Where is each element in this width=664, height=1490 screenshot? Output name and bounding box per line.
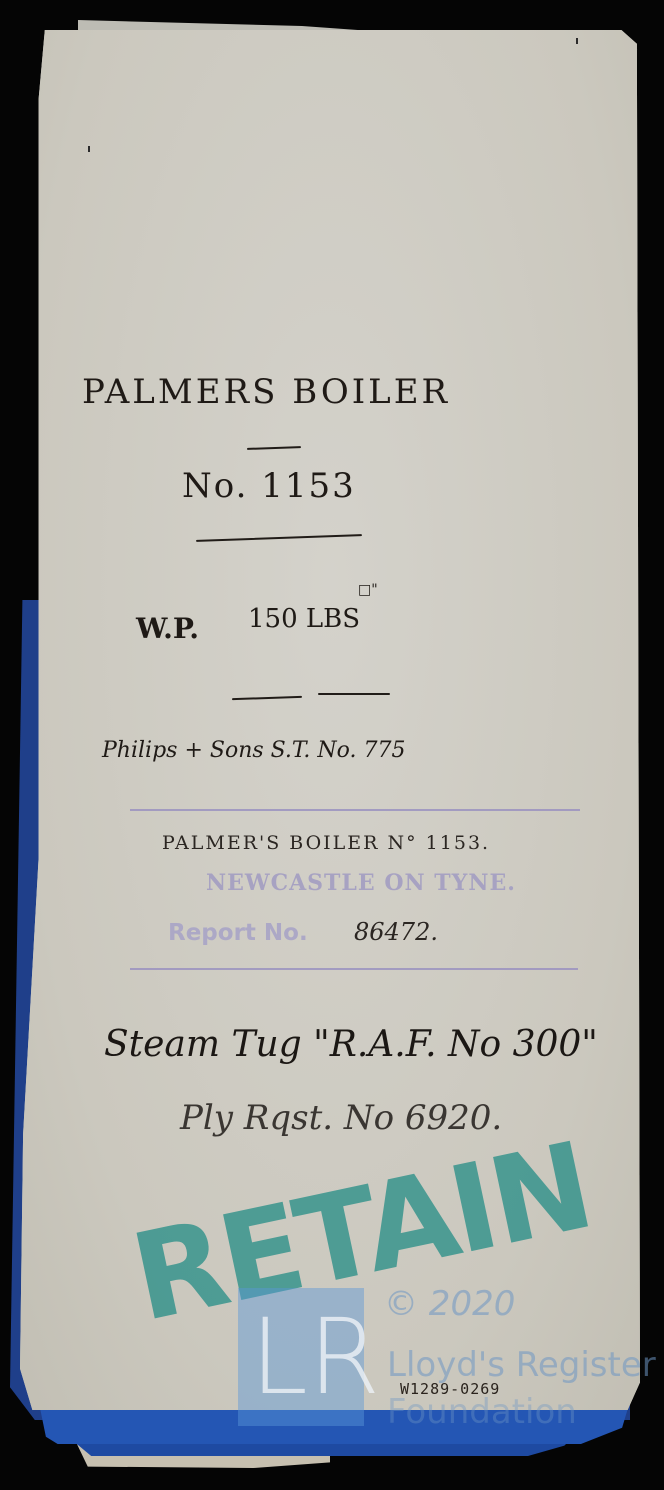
vessel-line: Steam Tug "R.A.F. No 300"	[104, 1024, 598, 1065]
ply-request-line: Ply Rqst. No 6920.	[180, 1098, 502, 1138]
lr-logo-watermark: LR	[238, 1288, 364, 1426]
lr-logo-letters: LR	[250, 1296, 380, 1418]
wp-value: 150 LBS	[248, 604, 360, 634]
watermark-copyright: © 2020	[384, 1284, 515, 1324]
watermark-org-line2: Foundation	[387, 1392, 577, 1432]
watermark-org-line1: Lloyd's Register	[387, 1345, 656, 1385]
paper-mark	[576, 38, 578, 44]
wp-label: W.P.	[136, 612, 199, 645]
report-label: Report No.	[168, 920, 308, 946]
stamp-handwritten-heading: PALMER'S BOILER N° 1153.	[162, 832, 490, 854]
stamp-rule-top	[130, 809, 580, 811]
handwritten-title: PALMERS BOILER	[82, 372, 450, 412]
wp-unit-superscript: □"	[358, 582, 378, 598]
stamp-location: NEWCASTLE ON TYNE.	[206, 870, 516, 896]
archive-reference: W1289-0269	[400, 1380, 500, 1398]
maker-line: Philips + Sons S.T. No. 775	[102, 738, 405, 763]
report-number: 86472.	[354, 918, 438, 946]
divider-right	[318, 693, 390, 695]
boiler-number: No. 1153	[182, 466, 356, 506]
stamp-rule-bottom	[130, 968, 578, 970]
paper-mark	[88, 146, 90, 152]
